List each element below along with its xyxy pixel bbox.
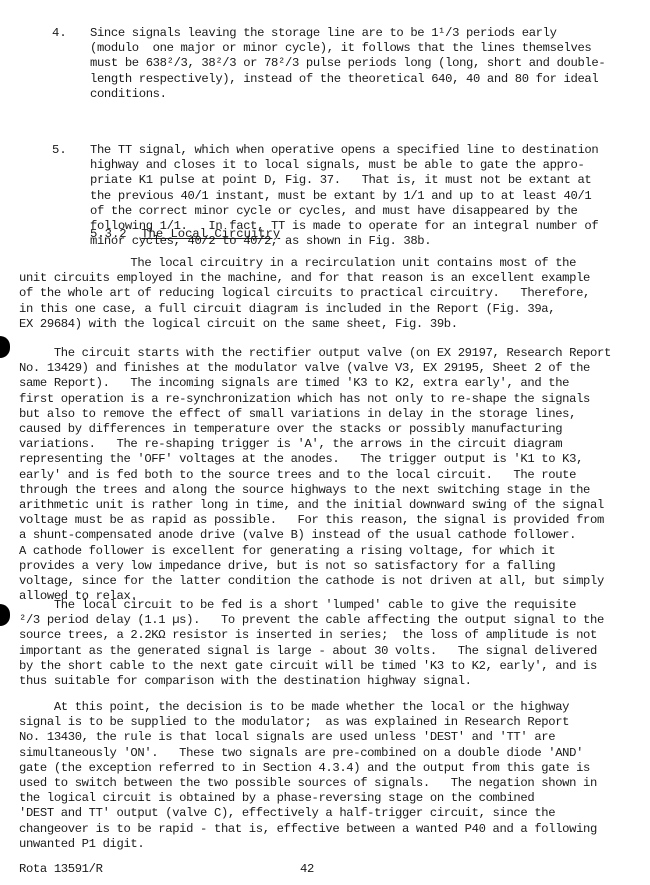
paragraph: The circuit starts with the rectifier ou… (19, 346, 611, 604)
text-line: thus suitable for comparison with the de… (19, 674, 604, 689)
text-line: representing the 'OFF' voltages at the a… (19, 452, 611, 467)
text-line: No. 13430, the rule is that local signal… (19, 730, 597, 745)
text-line: in this one case, a full circuit diagram… (19, 302, 590, 317)
text-line: The circuit starts with the rectifier ou… (19, 346, 611, 361)
item-number: 4. (52, 26, 67, 41)
punch-hole-mark (0, 604, 10, 626)
text-line: unwanted P1 digit. (19, 837, 597, 852)
text-line: simultaneously 'ON'. These two signals a… (19, 746, 597, 761)
text-line: same Report). The incoming signals are t… (19, 376, 611, 391)
section-number: 5.3.2 (90, 227, 127, 241)
text-line: used to switch between the two possible … (19, 776, 597, 791)
numbered-item-4: Since signals leaving the storage line a… (90, 26, 605, 102)
footer-reference: Rota 13591/R (19, 862, 103, 877)
paragraph: The local circuitry in a recirculation u… (19, 256, 590, 332)
text-line: 'DEST and TT' output (valve C), effectiv… (19, 806, 597, 821)
text-line: but also to remove the effect of small v… (19, 407, 611, 422)
text-line: unit circuits employed in the machine, a… (19, 271, 590, 286)
text-line: by the short cable to the next gate circ… (19, 659, 604, 674)
text-line: Since signals leaving the storage line a… (90, 26, 605, 41)
text-line: source trees, a 2.2KΩ resistor is insert… (19, 628, 604, 643)
text-line: signal is to be supplied to the modulato… (19, 715, 597, 730)
text-line: the previous 40/1 instant, must be extan… (90, 189, 598, 204)
text-line: voltage, since for the latter condition … (19, 574, 611, 589)
text-line: (modulo one major or minor cycle), it fo… (90, 41, 605, 56)
text-line: highway and closes it to local signals, … (90, 158, 598, 173)
page-number: 42 (300, 862, 314, 877)
text-line: At this point, the decision is to be mad… (19, 700, 597, 715)
text-line: early' and is fed both to the source tre… (19, 468, 611, 483)
text-line: arithmetic unit is rather long in time, … (19, 498, 611, 513)
text-line: caused by differences in temperature ove… (19, 422, 611, 437)
text-line: gate (the exception referred to in Secti… (19, 761, 597, 776)
text-line: priate K1 pulse at point D, Fig. 37. Tha… (90, 173, 598, 188)
text-line: No. 13429) and finishes at the modulator… (19, 361, 611, 376)
text-line: length respectively), instead of the the… (90, 72, 605, 87)
text-line: A cathode follower is excellent for gene… (19, 544, 611, 559)
text-line: a shunt-compensated anode drive (valve B… (19, 528, 611, 543)
paragraph: At this point, the decision is to be mad… (19, 700, 597, 852)
paragraph: The local circuit to be fed is a short '… (19, 598, 604, 689)
text-line: changeover is to be rapid - that is, eff… (19, 822, 597, 837)
text-line: The local circuit to be fed is a short '… (19, 598, 604, 613)
text-line: of the correct minor cycle or cycles, an… (90, 204, 598, 219)
text-line: conditions. (90, 87, 605, 102)
section-title: The Local Circuitry (141, 227, 280, 241)
text-line: must be 638²/3, 38²/3 or 78²/3 pulse per… (90, 56, 605, 71)
text-line: first operation is a re-synchronization … (19, 392, 611, 407)
text-line: voltage must be as rapid as possible. Fo… (19, 513, 611, 528)
text-line: The TT signal, which when operative open… (90, 143, 598, 158)
section-heading: 5.3.2 The Local Circuitry (90, 227, 280, 242)
item-number: 5. (52, 143, 67, 158)
text-line: important as the generated signal is lar… (19, 644, 604, 659)
text-line: ²/3 period delay (1.1 µs). To prevent th… (19, 613, 604, 628)
text-line: variations. The re-shaping trigger is 'A… (19, 437, 611, 452)
text-line: through the trees and along the source h… (19, 483, 611, 498)
text-line: of the whole art of reducing logical cir… (19, 286, 590, 301)
text-line: the logical circuit is obtained by a pha… (19, 791, 597, 806)
punch-hole-mark (0, 336, 10, 358)
text-line: The local circuitry in a recirculation u… (19, 256, 590, 271)
document-page: 4. Since signals leaving the storage lin… (0, 0, 650, 885)
text-line: EX 29684) with the logical circuit on th… (19, 317, 590, 332)
text-line: provides a very low impedance drive, but… (19, 559, 611, 574)
